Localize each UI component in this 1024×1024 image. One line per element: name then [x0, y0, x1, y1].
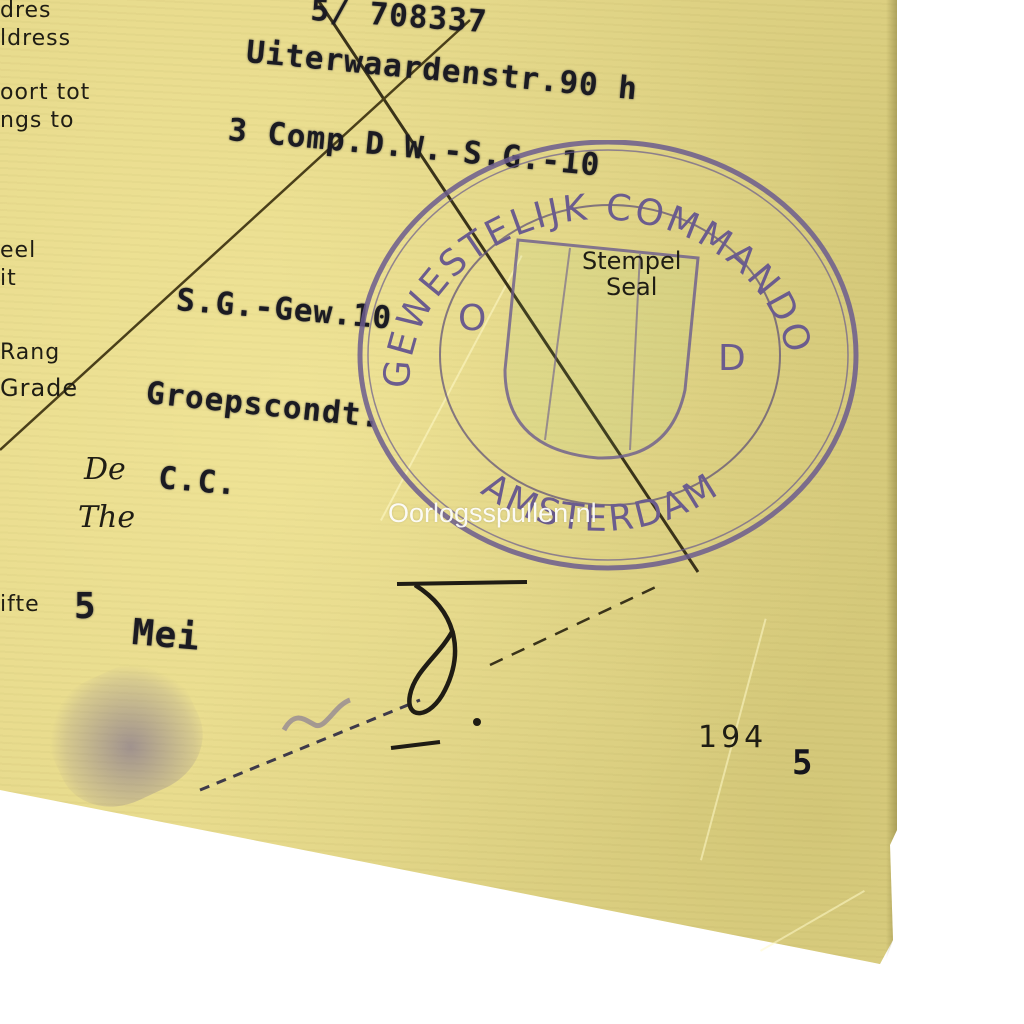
label-belongs-nl: oort tot [0, 80, 90, 105]
seal-label: Stempel Seal [582, 248, 681, 300]
seal-label-nl: Stempel [582, 248, 681, 274]
label-signer-nl: De [84, 452, 126, 487]
label-unit-nl: eel [0, 238, 36, 263]
typed-signer: C.C. [157, 460, 238, 503]
ink-scribble [280, 690, 360, 740]
document-photo: dres ldress oort tot ngs to eel it Rang … [0, 0, 1024, 1024]
stamp-letter-d: D [718, 338, 749, 379]
label-address-nl: dres [0, 0, 52, 23]
year-printed: 194 [698, 720, 767, 755]
label-belongs-en: ngs to [0, 108, 74, 133]
label-unit-en: it [0, 266, 17, 291]
handwritten-signature [385, 570, 545, 760]
seal-label-en: Seal [582, 274, 681, 300]
label-rank-nl: Rang [0, 340, 60, 365]
label-address-en: ldress [0, 26, 71, 51]
label-rank-en: Grade [0, 374, 78, 402]
label-signer-en: The [78, 500, 135, 535]
label-issued: ifte [0, 592, 40, 617]
typed-date-month: Mei [130, 612, 201, 659]
stamp-letter-o: O [458, 298, 489, 339]
typed-date-day: 5 [74, 586, 97, 627]
watermark: Oorlogsspullen.nl [388, 498, 597, 529]
year-typed-suffix: 5 [792, 743, 812, 783]
